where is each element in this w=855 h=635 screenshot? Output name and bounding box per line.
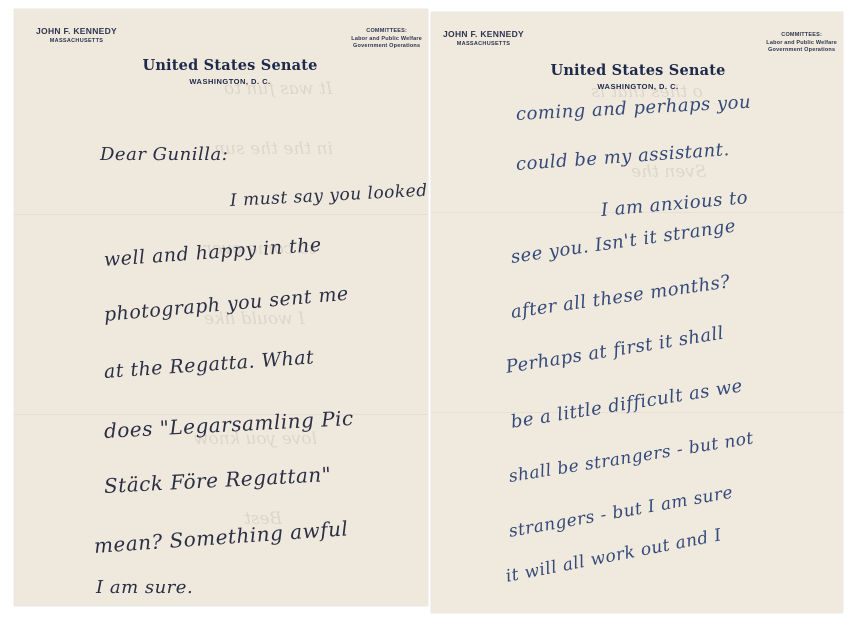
committees-label: COMMITTEES:: [351, 28, 422, 36]
committee-item: Labor and Public Welfare: [351, 36, 422, 44]
institution-name: United States Senate: [32, 57, 428, 74]
letter-page-2: o thes that is Sven the JOHN F. KENNEDY …: [431, 12, 843, 613]
institution-city: WASHINGTON, D. C.: [32, 77, 428, 86]
letterhead-committees: COMMITTEES: Labor and Public Welfare Gov…: [766, 32, 837, 55]
handwritten-line: Dear Gunilla:: [100, 144, 228, 165]
committee-item: Labor and Public Welfare: [766, 40, 837, 48]
sender-state: MASSACHUSETTS: [36, 38, 117, 44]
bleed-through-text: in the the sun: [214, 139, 333, 159]
sender-state: MASSACHUSETTS: [443, 41, 524, 47]
letterhead-masthead: United States Senate WASHINGTON, D. C.: [32, 57, 428, 86]
handwritten-line: I must say you looked: [229, 181, 428, 211]
committees-label: COMMITTEES:: [766, 32, 837, 40]
handwritten-line: at the Regatta. What: [103, 346, 315, 383]
handwritten-line: after all these months?: [510, 271, 732, 323]
letterhead-masthead: United States Senate WASHINGTON, D. C.: [433, 62, 843, 91]
sender-name: JOHN F. KENNEDY: [443, 29, 524, 39]
handwritten-line: shall be strangers - but not: [507, 428, 755, 486]
handwritten-line: Stäck Före Regattan": [103, 462, 332, 498]
institution-name: United States Senate: [433, 62, 843, 79]
handwritten-line: I am sure.: [96, 577, 193, 598]
letter-page-1: It was fun to in the the sun to come ove…: [14, 9, 428, 606]
fold-line: [14, 214, 428, 215]
committee-item: Government Operations: [351, 43, 422, 51]
handwritten-line: be a little difficult as we: [509, 375, 744, 432]
letterhead-sender: JOHN F. KENNEDY MASSACHUSETTS: [36, 26, 117, 44]
letterhead-sender: JOHN F. KENNEDY MASSACHUSETTS: [443, 29, 524, 47]
letterhead-committees: COMMITTEES: Labor and Public Welfare Gov…: [351, 28, 422, 51]
institution-city: WASHINGTON, D. C.: [433, 82, 843, 91]
handwritten-line: mean? Something awful: [93, 516, 349, 558]
committee-item: Government Operations: [766, 47, 837, 55]
sender-name: JOHN F. KENNEDY: [36, 26, 117, 36]
handwritten-line: see you. Isn't it strange: [510, 216, 738, 268]
handwritten-line: Perhaps at first it shall: [504, 323, 725, 378]
